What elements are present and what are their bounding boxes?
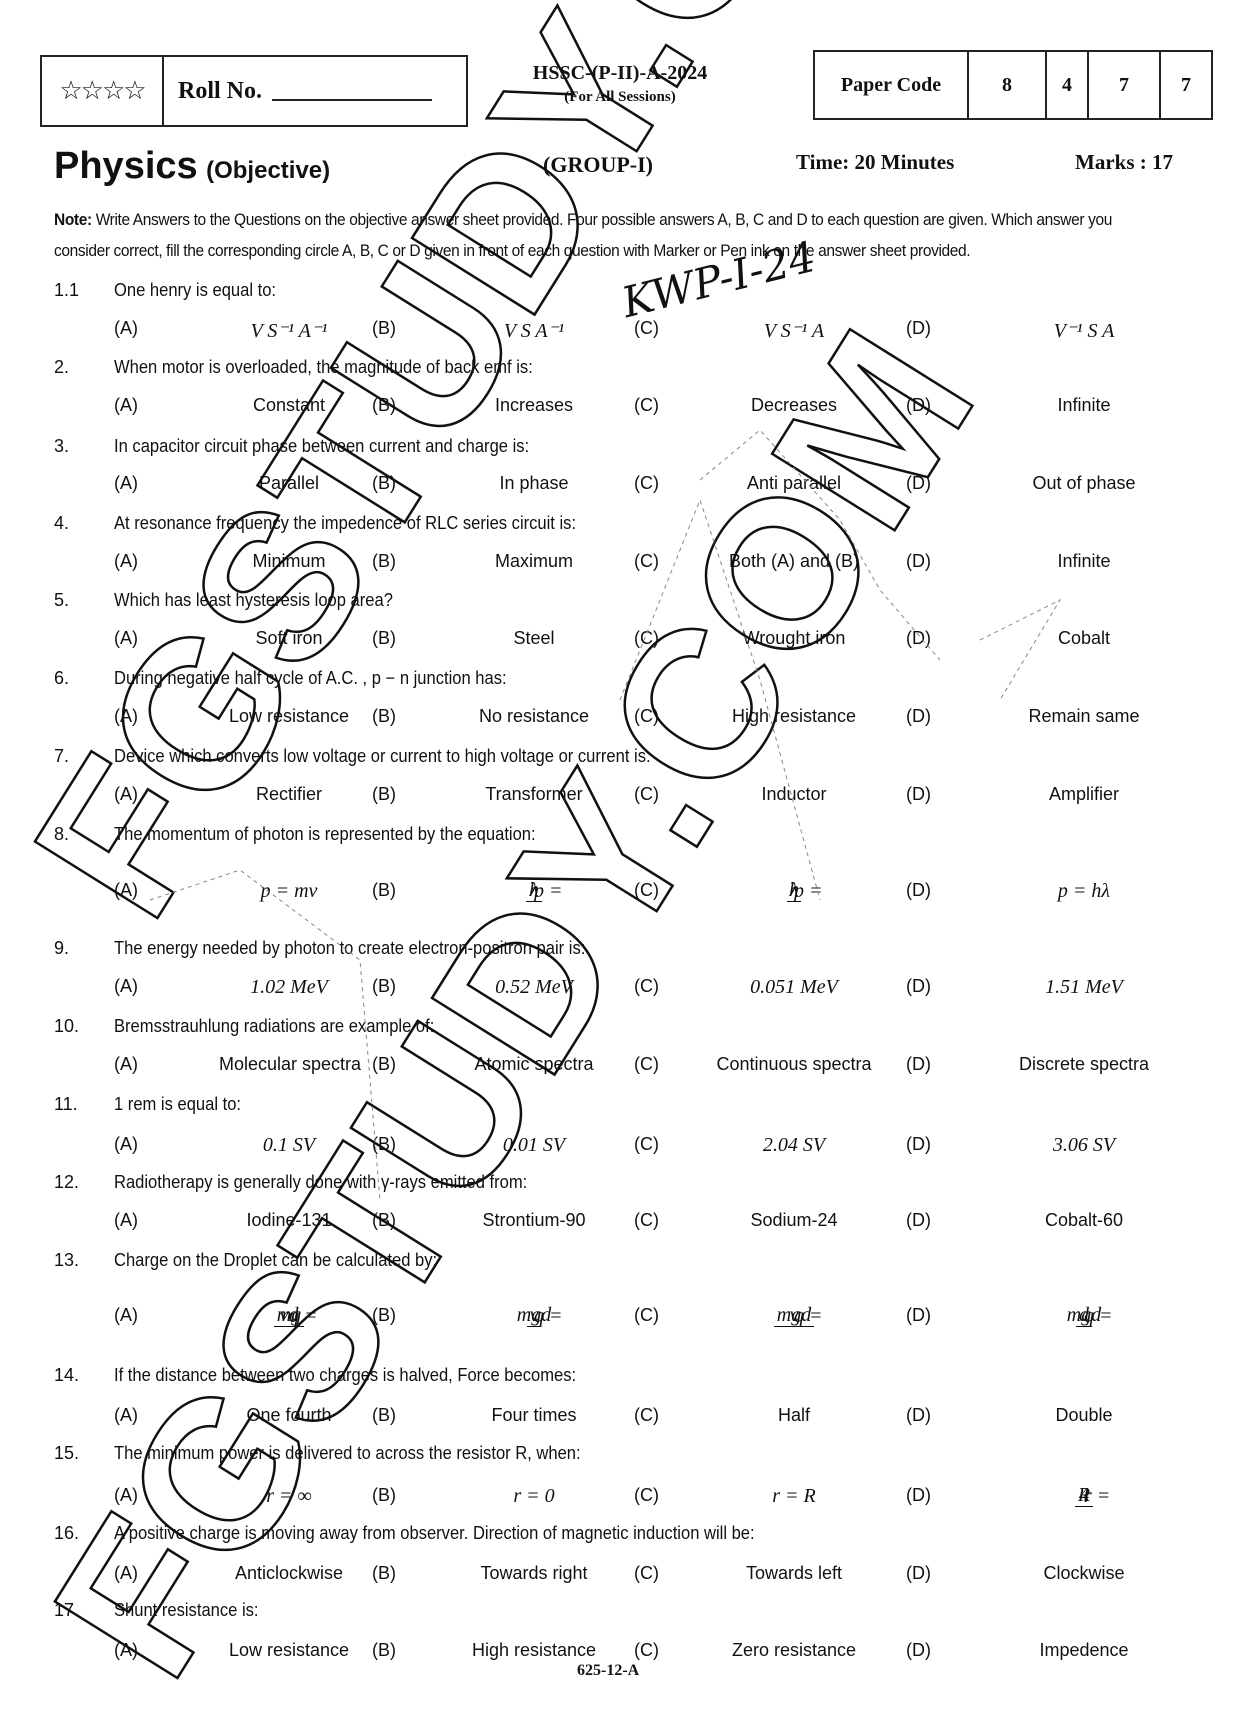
option-label-b: (B) <box>372 551 396 572</box>
option-row: (A)r = ∞(B)r = 0(C)r = R(D)r = R4 <box>54 1485 1214 1525</box>
option-row: (A)Minimum(B)Maximum(C)Both (A) and (B)(… <box>54 551 1214 591</box>
option-value-d: Remain same <box>989 706 1179 727</box>
option-label-d: (D) <box>906 395 931 416</box>
option-label-d: (D) <box>906 1305 931 1326</box>
option-value-c: Continuous spectra <box>694 1054 894 1075</box>
option-row: (A)0.1 SV(B)0.01 SV(C)2.04 SV(D)3.06 SV <box>54 1134 1214 1174</box>
question-number: 12. <box>54 1172 79 1193</box>
question-text: The energy needed by photon to create el… <box>114 938 585 959</box>
question-number: 10. <box>54 1016 79 1037</box>
question-text: The momentum of photon is represented by… <box>114 824 536 845</box>
option-label-a: (A) <box>114 1134 138 1155</box>
question-number: 9. <box>54 938 69 959</box>
exam-title: HSSC-(P-II)-A-2024 (For All Sessions) <box>500 62 740 106</box>
option-label-c: (C) <box>634 1563 659 1584</box>
option-value-b: Maximum <box>449 551 619 572</box>
question-text: Shunt resistance is: <box>114 1600 259 1621</box>
option-value-a: Minimum <box>219 551 359 572</box>
option-label-c: (C) <box>634 976 659 997</box>
option-value-d: 3.06 SV <box>989 1134 1179 1157</box>
option-label-a: (A) <box>114 551 138 572</box>
option-value-a: Anticlockwise <box>219 1563 359 1584</box>
option-row: (A)Rectifier(B)Transformer(C)Inductor(D)… <box>54 784 1214 824</box>
option-label-b: (B) <box>372 706 396 727</box>
question-number: 4. <box>54 513 69 534</box>
option-value-d: Infinite <box>989 395 1179 416</box>
question-number: 6. <box>54 668 69 689</box>
option-value-a: r = ∞ <box>219 1485 359 1508</box>
option-value-c: Wrought iron <box>694 628 894 649</box>
option-value-b: V S A⁻¹ <box>449 318 619 343</box>
option-label-a: (A) <box>114 1640 138 1661</box>
option-row: (A)Anticlockwise(B)Towards right(C)Towar… <box>54 1563 1214 1603</box>
option-row: (A)Molecular spectra(B)Atomic spectra(C)… <box>54 1054 1214 1094</box>
question-number: 5. <box>54 590 69 611</box>
option-label-a: (A) <box>114 318 138 339</box>
group-label: (GROUP-I) <box>543 152 653 178</box>
option-value-b: No resistance <box>449 706 619 727</box>
option-value-b: r = 0 <box>449 1485 619 1508</box>
option-value-d: Out of phase <box>989 473 1179 494</box>
option-label-d: (D) <box>906 976 931 997</box>
question-text: Bremsstrauhlung radiations are example o… <box>114 1016 434 1037</box>
option-label-b: (B) <box>372 880 396 901</box>
option-value-c: Decreases <box>694 395 894 416</box>
option-value-b: Four times <box>449 1405 619 1426</box>
option-label-b: (B) <box>372 784 396 805</box>
option-label-c: (C) <box>634 1134 659 1155</box>
question-number: 13. <box>54 1250 79 1271</box>
option-label-b: (B) <box>372 1640 396 1661</box>
option-label-c: (C) <box>634 628 659 649</box>
option-value-a: Constant <box>219 395 359 416</box>
option-label-a: (A) <box>114 395 138 416</box>
option-label-d: (D) <box>906 1563 931 1584</box>
exam-title-sub: (For All Sessions) <box>500 89 740 106</box>
question-number: 15. <box>54 1443 79 1464</box>
option-label-d: (D) <box>906 1210 931 1231</box>
question-number: 7. <box>54 746 69 767</box>
option-row: (A)Soft iron(B)Steel(C)Wrought iron(D)Co… <box>54 628 1214 668</box>
note-label: Note: <box>54 211 92 229</box>
marks-label: Marks : 17 <box>1075 150 1173 175</box>
paper-footer-code: 625-12-A <box>577 1662 639 1680</box>
option-row: (A)p = mv(B)p = hλ(C)p = λh(D)p = hλ <box>54 880 1214 920</box>
option-label-c: (C) <box>634 1405 659 1426</box>
option-value-a: Low resistance <box>219 1640 359 1661</box>
option-row: (A)Iodine-131(B)Strontium-90(C)Sodium-24… <box>54 1210 1214 1250</box>
option-label-d: (D) <box>906 1134 931 1155</box>
option-value-a: Molecular spectra <box>219 1054 359 1075</box>
option-label-c: (C) <box>634 784 659 805</box>
option-value-b: 0.01 SV <box>449 1134 619 1157</box>
question-number: 11. <box>54 1094 78 1115</box>
option-value-b: Increases <box>449 395 619 416</box>
exam-title-main: HSSC-(P-II)-A-2024 <box>500 62 740 85</box>
option-value-c: Half <box>694 1405 894 1426</box>
paper-code-label: Paper Code <box>815 52 969 118</box>
option-value-c: Inductor <box>694 784 894 805</box>
question-text: Device which converts low voltage or cur… <box>114 746 651 767</box>
question-number: 16. <box>54 1523 79 1544</box>
option-label-d: (D) <box>906 784 931 805</box>
option-label-c: (C) <box>634 551 659 572</box>
option-label-c: (C) <box>634 395 659 416</box>
option-value-b: In phase <box>449 473 619 494</box>
option-label-c: (C) <box>634 473 659 494</box>
option-label-a: (A) <box>114 976 138 997</box>
option-value-a: Rectifier <box>219 784 359 805</box>
roll-number-blank <box>272 81 432 101</box>
option-label-a: (A) <box>114 1485 138 1506</box>
option-label-b: (B) <box>372 395 396 416</box>
option-value-a: p = mv <box>219 880 359 903</box>
option-label-d: (D) <box>906 473 931 494</box>
paper-code-digit: 7 <box>1161 52 1211 118</box>
question-number: 17. <box>54 1600 79 1621</box>
option-label-b: (B) <box>372 1405 396 1426</box>
option-value-d: Clockwise <box>989 1563 1179 1584</box>
question-text: At resonance frequency the impedence of … <box>114 513 576 534</box>
option-value-c: r = R <box>694 1485 894 1508</box>
option-label-d: (D) <box>906 706 931 727</box>
instructions-note: Note: Write Answers to the Questions on … <box>54 205 1135 267</box>
option-label-b: (B) <box>372 1305 396 1326</box>
question-text: 1 rem is equal to: <box>114 1094 241 1115</box>
question-number: 14. <box>54 1365 79 1386</box>
option-value-d: Impedence <box>989 1640 1179 1661</box>
option-value-b: Towards right <box>449 1563 619 1584</box>
option-value-b: Steel <box>449 628 619 649</box>
note-text: Write Answers to the Questions on the ob… <box>54 211 1112 260</box>
option-value-d: p = hλ <box>989 880 1179 903</box>
question-number: 1.1 <box>54 280 79 301</box>
option-label-c: (C) <box>634 1054 659 1075</box>
option-label-b: (B) <box>372 1210 396 1231</box>
roll-number-box: ☆☆☆☆ Roll No. <box>40 55 468 127</box>
option-value-b: High resistance <box>449 1640 619 1661</box>
option-value-b: Transformer <box>449 784 619 805</box>
option-label-b: (B) <box>372 628 396 649</box>
question-text: In capacitor circuit phase between curre… <box>114 436 529 457</box>
option-value-a: Iodine-131 <box>219 1210 359 1231</box>
question-text: Which has least hysteresis loop area? <box>114 590 393 611</box>
paper-code-digit: 4 <box>1047 52 1089 118</box>
option-label-a: (A) <box>114 706 138 727</box>
option-value-a: Parallel <box>219 473 359 494</box>
option-value-d: Discrete spectra <box>989 1054 1179 1075</box>
option-value-d: Cobalt <box>989 628 1179 649</box>
option-row: (A)One fourth(B)Four times(C)Half(D)Doub… <box>54 1405 1214 1445</box>
option-row: (A)Constant(B)Increases(C)Decreases(D)In… <box>54 395 1214 435</box>
option-row: (A)q = mgvd(B)q = vmgd(C)q = mgdv(D)q = … <box>54 1305 1214 1345</box>
option-label-d: (D) <box>906 318 931 339</box>
option-label-d: (D) <box>906 880 931 901</box>
option-value-d: Amplifier <box>989 784 1179 805</box>
option-value-d: 1.51 MeV <box>989 976 1179 999</box>
option-value-c: Zero resistance <box>694 1640 894 1661</box>
question-number: 2. <box>54 357 69 378</box>
option-value-d: Infinite <box>989 551 1179 572</box>
question-text: If the distance between two charges is h… <box>114 1365 576 1386</box>
option-label-b: (B) <box>372 473 396 494</box>
option-label-c: (C) <box>634 880 659 901</box>
subject-type: (Objective) <box>206 157 330 184</box>
option-label-d: (D) <box>906 628 931 649</box>
subject-title: Physics (Objective) <box>54 145 330 188</box>
option-value-a: V S⁻¹ A⁻¹ <box>219 318 359 343</box>
option-value-c: V S⁻¹ A <box>694 318 894 343</box>
option-label-b: (B) <box>372 1054 396 1075</box>
option-row: (A)Parallel(B)In phase(C)Anti parallel(D… <box>54 473 1214 513</box>
question-text: One henry is equal to: <box>114 280 276 301</box>
question-text: The minimum power is delivered to across… <box>114 1443 581 1464</box>
option-label-c: (C) <box>634 1305 659 1326</box>
option-label-d: (D) <box>906 551 931 572</box>
option-value-d: V⁻¹ S A <box>989 318 1179 343</box>
question-number: 8. <box>54 824 69 845</box>
question-text: Charge on the Droplet can be calculated … <box>114 1250 437 1271</box>
option-value-a: 1.02 MeV <box>219 976 359 999</box>
option-row: (A)1.02 MeV(B)0.52 MeV(C)0.051 MeV(D)1.5… <box>54 976 1214 1016</box>
option-label-a: (A) <box>114 1563 138 1584</box>
option-row: (A)Low resistance(B)No resistance(C)High… <box>54 706 1214 746</box>
option-label-d: (D) <box>906 1405 931 1426</box>
option-label-b: (B) <box>372 976 396 997</box>
roll-label: Roll No. <box>178 78 262 105</box>
paper-code-digit: 8 <box>969 52 1047 118</box>
option-label-c: (C) <box>634 1485 659 1506</box>
option-label-a: (A) <box>114 880 138 901</box>
option-label-b: (B) <box>372 1134 396 1155</box>
option-label-a: (A) <box>114 473 138 494</box>
option-label-a: (A) <box>114 1305 138 1326</box>
stars-icon: ☆☆☆☆ <box>42 57 164 125</box>
option-value-d: Cobalt-60 <box>989 1210 1179 1231</box>
option-label-d: (D) <box>906 1640 931 1661</box>
option-value-d: Double <box>989 1405 1179 1426</box>
paper-code-digit: 7 <box>1089 52 1161 118</box>
option-label-a: (A) <box>114 784 138 805</box>
question-text: When motor is overloaded, the magnitude … <box>114 357 533 378</box>
option-label-a: (A) <box>114 1405 138 1426</box>
option-value-a: One fourth <box>219 1405 359 1426</box>
time-label: Time: 20 Minutes <box>796 150 954 175</box>
question-text: Radiotherapy is generally done with γ-ra… <box>114 1172 527 1193</box>
option-label-c: (C) <box>634 706 659 727</box>
option-value-b: 0.52 MeV <box>449 976 619 999</box>
option-value-b: Atomic spectra <box>449 1054 619 1075</box>
option-value-a: 0.1 SV <box>219 1134 359 1157</box>
question-text: A positive charge is moving away from ob… <box>114 1523 755 1544</box>
option-value-c: Anti parallel <box>694 473 894 494</box>
option-label-d: (D) <box>906 1054 931 1075</box>
option-label-c: (C) <box>634 1210 659 1231</box>
option-label-b: (B) <box>372 1563 396 1584</box>
option-value-c: 0.051 MeV <box>694 976 894 999</box>
option-label-b: (B) <box>372 1485 396 1506</box>
option-label-d: (D) <box>906 1485 931 1506</box>
option-label-a: (A) <box>114 1210 138 1231</box>
question-text: During negative half cycle of A.C. , p −… <box>114 668 507 689</box>
option-value-a: Low resistance <box>219 706 359 727</box>
subject-name: Physics <box>54 145 198 187</box>
option-label-a: (A) <box>114 628 138 649</box>
option-value-c: High resistance <box>694 706 894 727</box>
option-label-c: (C) <box>634 1640 659 1661</box>
question-number: 3. <box>54 436 69 457</box>
option-value-c: 2.04 SV <box>694 1134 894 1157</box>
roll-number-field: Roll No. <box>164 57 466 125</box>
option-value-c: Sodium-24 <box>694 1210 894 1231</box>
option-value-b: Strontium-90 <box>449 1210 619 1231</box>
option-label-b: (B) <box>372 318 396 339</box>
exam-paper: ☆☆☆☆ Roll No. HSSC-(P-II)-A-2024 (For Al… <box>0 0 1250 1727</box>
option-value-c: Towards left <box>694 1563 894 1584</box>
option-label-a: (A) <box>114 1054 138 1075</box>
paper-code-box: Paper Code 8 4 7 7 <box>813 50 1213 120</box>
option-value-a: Soft iron <box>219 628 359 649</box>
option-value-c: Both (A) and (B) <box>694 551 894 572</box>
